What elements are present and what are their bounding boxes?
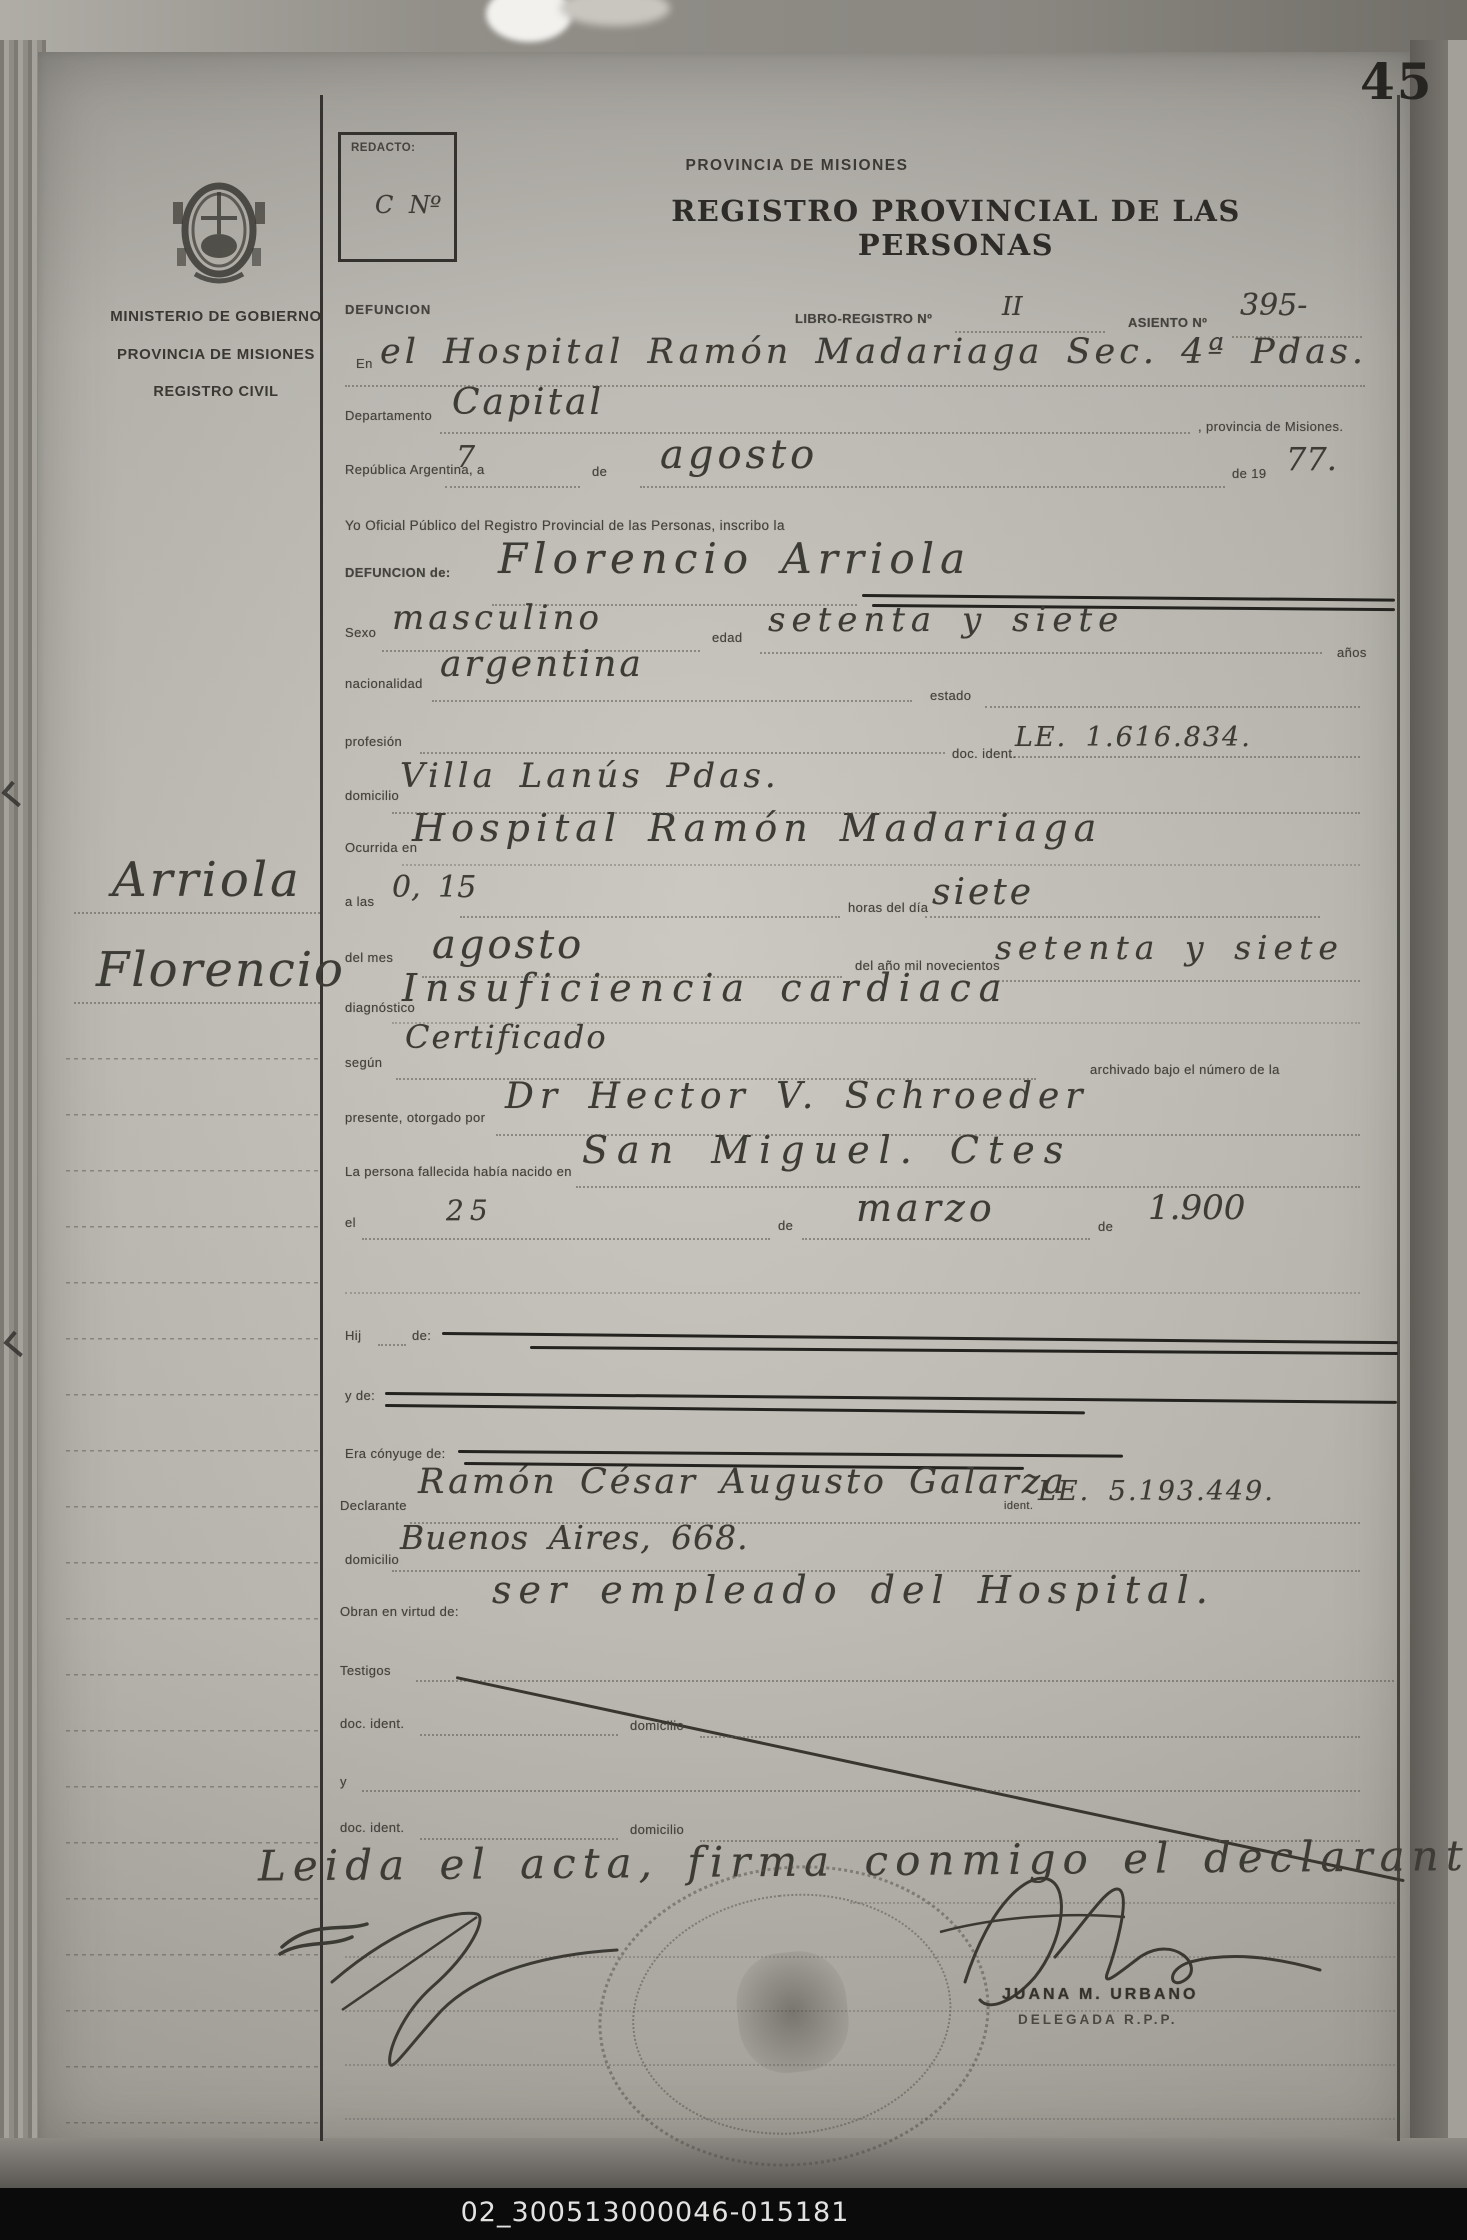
ident-value: LE. 5.193.449.: [1038, 1476, 1275, 1507]
margin-surname: Arriola: [112, 852, 302, 908]
libro-label: LIBRO-REGISTRO Nº: [795, 311, 932, 326]
testigos-label: Testigos: [340, 1663, 391, 1678]
segun-label: según: [345, 1055, 382, 1070]
obran-value: ser empleado del Hospital.: [492, 1568, 1215, 1612]
provincial-crest: [165, 172, 273, 294]
nacionalidad-value: argentina: [440, 644, 644, 685]
ocurrida-label: Ocurrida en: [345, 840, 417, 855]
medico-value: Dr Hector V. Schroeder: [505, 1076, 1089, 1117]
declarante-label: Declarante: [340, 1498, 407, 1513]
header-title: REGISTRO PROVINCIAL DE LAS PERSONAS: [600, 194, 1312, 262]
redacto-label: REDACTO:: [351, 142, 415, 154]
nacionalidad-label: nacionalidad: [345, 676, 423, 691]
doc-ident-value: LE. 1.616.834.: [1015, 722, 1252, 753]
record-type-label: DEFUNCION: [345, 302, 431, 317]
asiento-value: 395-: [1240, 288, 1307, 323]
hij-label: Hij: [345, 1328, 361, 1343]
sexo-label: Sexo: [345, 625, 376, 640]
anos-label: años: [1337, 645, 1367, 660]
domicilio3-label: domicilio: [630, 1718, 684, 1733]
alas-label: a las: [345, 894, 374, 909]
horas-dia-label: horas del día: [848, 900, 928, 915]
doc-ident3-label: doc. ident.: [340, 1820, 404, 1835]
dia-value: siete: [932, 872, 1034, 913]
de-word-2: de: [778, 1218, 793, 1233]
edad-value: setenta y siete: [768, 600, 1124, 640]
birth-year: 1.900: [1148, 1188, 1245, 1228]
record-month: agosto: [660, 432, 818, 478]
de-word-3: de: [1098, 1219, 1113, 1234]
edad-label: edad: [712, 630, 743, 645]
segun-value: Certificado: [405, 1018, 608, 1056]
provincia-suffix: , provincia de Misiones.: [1198, 419, 1343, 434]
ident-label: ident.: [1004, 1500, 1033, 1512]
asiento-label: ASIENTO Nº: [1128, 315, 1207, 330]
sexo-value: masculino: [392, 598, 603, 638]
doc-ident2-label: doc. ident.: [340, 1716, 404, 1731]
redacto-value: C Nº: [375, 191, 441, 219]
stamp-registrar-name: JUANA M. URBANO: [1002, 1986, 1198, 2004]
conyuge-label: Era cónyuge de:: [345, 1446, 446, 1461]
archivado-label: archivado bajo el número de la: [1090, 1062, 1280, 1077]
domicilio2-label: domicilio: [345, 1552, 399, 1567]
domicilio-value: Villa Lanús Pdas.: [400, 756, 780, 796]
margin-given-name: Florencio: [96, 942, 345, 998]
photo-top-edge: [0, 0, 1467, 60]
departamento-label: Departamento: [345, 408, 432, 423]
declarant-signature: [272, 1892, 672, 2077]
record-year: 77.: [1286, 440, 1337, 478]
hij-de-label: de:: [412, 1328, 431, 1343]
hora-value: 0, 15: [392, 870, 476, 905]
diagnostico-value: Insuficiencia cardiaca: [402, 966, 1009, 1010]
sidebar-province: PROVINCIA DE MISIONES: [90, 346, 342, 363]
defuncion-de-label: DEFUNCION de:: [345, 565, 451, 580]
birth-day: 25: [446, 1194, 494, 1227]
en-label: En: [356, 356, 373, 371]
archival-id-text: 02_300513000046-015181: [461, 2197, 850, 2228]
domicilio-label: domicilio: [345, 788, 399, 803]
sidebar-ministry: MINISTERIO DE GOBIERNO: [90, 308, 342, 325]
y-label: y: [340, 1774, 347, 1789]
el-label: el: [345, 1215, 356, 1230]
nacido-label: La persona fallecida había nacido en: [345, 1164, 572, 1179]
deceased-name: Florencio Arriola: [498, 534, 971, 583]
ano-value: setenta y siete: [995, 928, 1344, 967]
place-of-record: el Hospital Ramón Madariaga Sec. 4ª Pdas…: [380, 332, 1367, 372]
birthplace-value: San Miguel. Ctes: [582, 1128, 1072, 1172]
libro-value: II: [1002, 292, 1023, 322]
profesion-label: profesión: [345, 734, 402, 749]
official-line: Yo Oficial Público del Registro Provinci…: [345, 518, 785, 533]
departamento-value: Capital: [452, 382, 604, 423]
sidebar-office: REGISTRO CIVIL: [90, 384, 342, 400]
birth-month: marzo: [856, 1186, 996, 1230]
domicilio4-label: domicilio: [630, 1822, 684, 1837]
redacto-box: REDACTO: C Nº: [338, 132, 457, 262]
record-day: 7: [456, 440, 475, 475]
ocurrida-value: Hospital Ramón Madariaga: [412, 806, 1102, 850]
presente-label: presente, otorgado por: [345, 1110, 485, 1125]
doc-ident-label: doc. ident.: [952, 746, 1016, 761]
obran-label: Obran en virtud de:: [340, 1604, 459, 1619]
del-mes-label: del mes: [345, 950, 393, 965]
estado-label: estado: [930, 688, 971, 703]
stamp-registrar-title: DELEGADA R.P.P.: [1018, 2012, 1178, 2027]
y-de-label: y de:: [345, 1388, 375, 1403]
declarante-value: Ramón César Augusto Galarza: [418, 1462, 1067, 1502]
domicilio2-value: Buenos Aires, 668.: [400, 1518, 749, 1557]
header-province: PROVINCIA DE MISIONES: [597, 157, 997, 175]
de19-label: de 19: [1232, 466, 1267, 481]
mes-value: agosto: [432, 922, 584, 968]
form-left-rule: [320, 95, 323, 2141]
de-word-1: de: [592, 464, 607, 479]
scanned-death-certificate: 45 MINISTERIO DE GOBIERNO PROVINCIA DE M…: [0, 0, 1467, 2240]
